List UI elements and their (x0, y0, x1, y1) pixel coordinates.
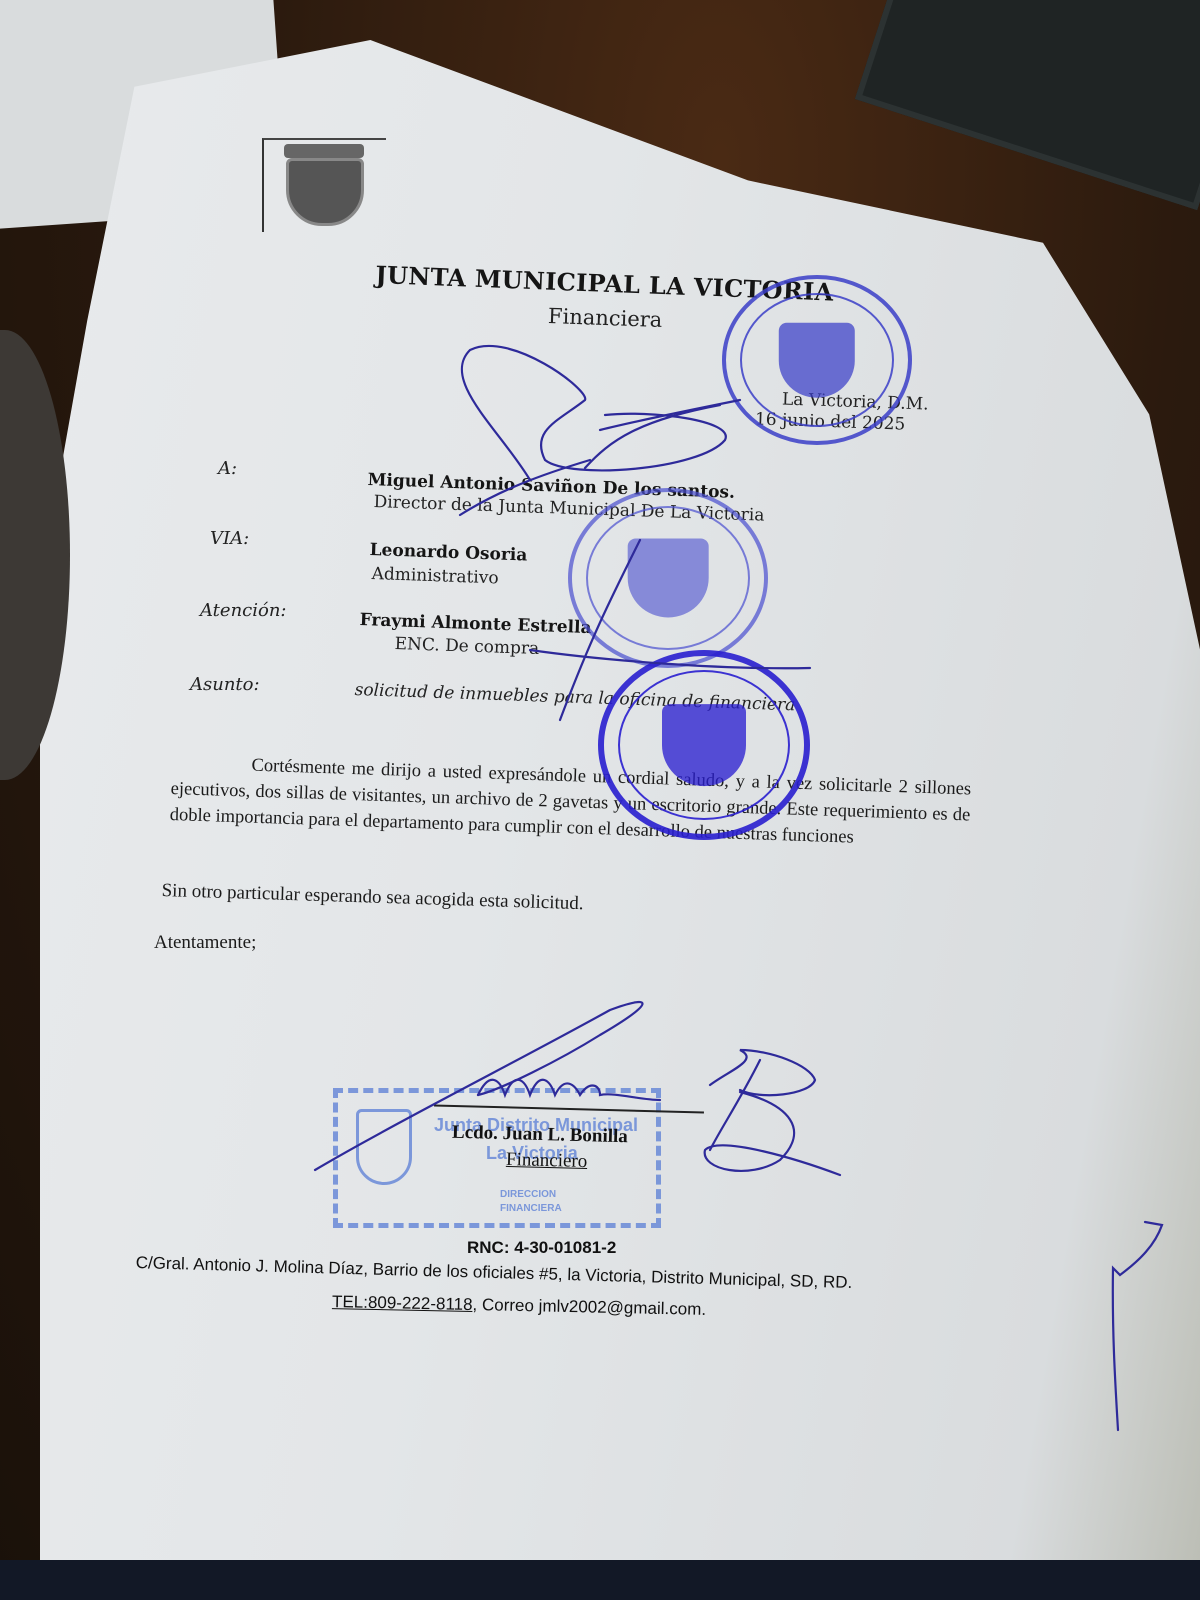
regards: Atentamente; (154, 932, 256, 954)
crown-icon (284, 144, 364, 158)
footer-contact: TEL:809-222-8118, Correo jmlv2002@gmail.… (332, 1292, 706, 1320)
compras-stamp (598, 650, 810, 840)
stamp-line: DIRECCION (500, 1189, 556, 1200)
despacho-stamp (722, 275, 912, 445)
signer-name: Lcdo. Juan L. Bonilla (452, 1122, 628, 1149)
emblem-icon (662, 704, 746, 786)
subject-label: Asunto: (190, 674, 260, 695)
attention-title: ENC. De compra (394, 634, 539, 659)
body-text: Cortésmente me dirijo a usted expresándo… (170, 756, 972, 848)
emblem-icon (356, 1109, 412, 1185)
emblem-icon (628, 538, 709, 617)
administrativa-stamp (568, 488, 768, 668)
emblem-icon (779, 323, 855, 398)
coat-of-arms-logo (262, 138, 386, 232)
via-title: Administrativo (371, 564, 499, 588)
closing-line: Sin otro particular esperando sea acogid… (161, 880, 584, 915)
signer-role: Financiero (506, 1149, 588, 1173)
via-name: Leonardo Osoria (369, 540, 527, 565)
via-label: VIA: (210, 528, 249, 549)
letter-content: JUNTA MUNICIPAL LA VICTORIA Financiera L… (0, 0, 1200, 1600)
to-label: A: (218, 458, 237, 479)
shield-icon (286, 158, 364, 226)
email-text: , Correo jmlv2002@gmail.com. (472, 1295, 706, 1319)
footer-address: C/Gral. Antonio J. Molina Díaz, Barrio d… (135, 1253, 852, 1293)
rnc-number: RNC: 4-30-01081-2 (467, 1238, 616, 1258)
letter-body: Cortésmente me dirijo a usted expresándo… (169, 750, 971, 854)
stamp-line: FINANCIERA (500, 1203, 562, 1214)
phone-number: TEL:809-222-8118 (332, 1292, 473, 1314)
desk-edge (0, 1560, 1200, 1600)
attention-label: Atención: (200, 600, 287, 621)
department-subtitle: Financiera (548, 304, 663, 332)
